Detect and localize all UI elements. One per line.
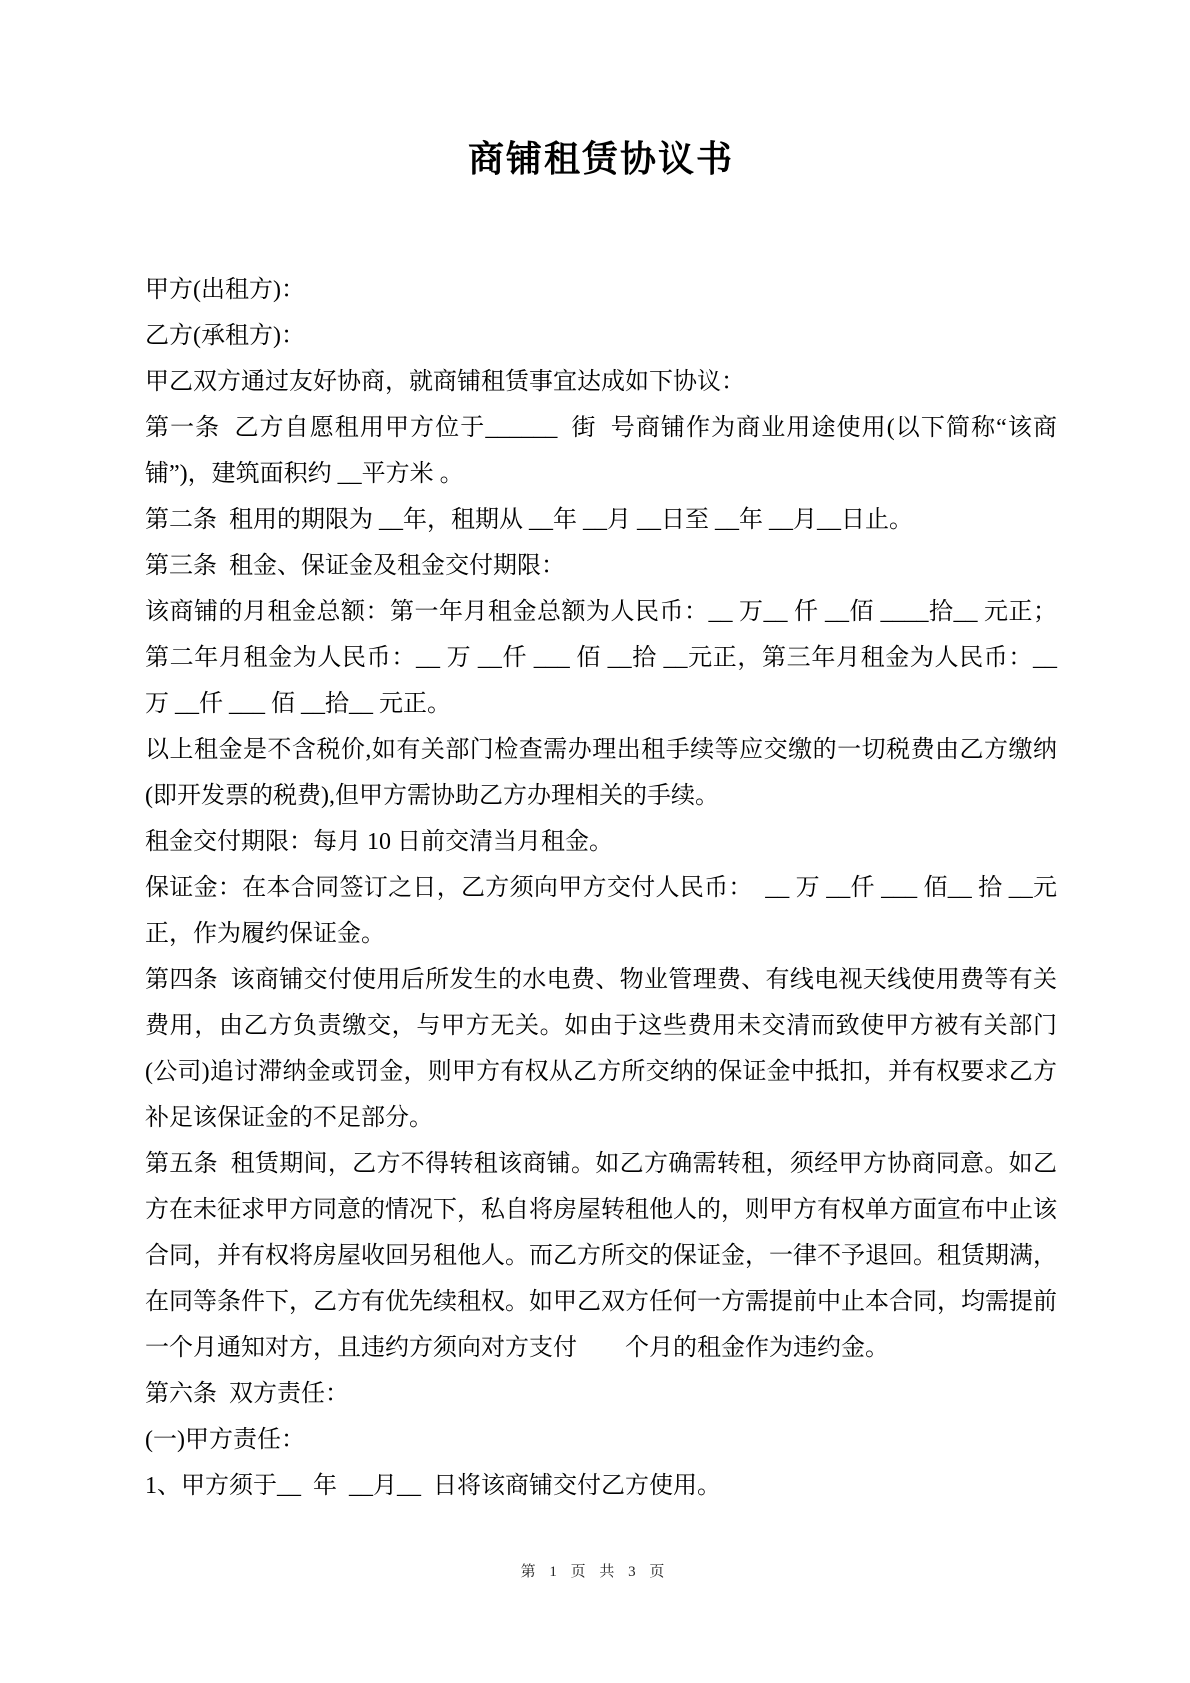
- rent-payment-deadline-clause: 租金交付期限：每月 10 日前交清当月租金。: [145, 819, 1057, 865]
- article-4-clause: 第四条 该商铺交付使用后所发生的水电费、物业管理费、有线电视天线使用费等有关费用…: [145, 957, 1057, 1141]
- article-6-heading: 第六条 双方责任：: [145, 1371, 1057, 1417]
- article-1-clause: 第一条 乙方自愿租用甲方位于______ 街 号商铺作为商业用途使用(以下简称“…: [145, 405, 1057, 497]
- article-3-heading: 第三条 租金、保证金及租金交付期限：: [145, 543, 1057, 589]
- party-a-responsibility-item-1: 1、甲方须于__ 年 __月__ 日将该商铺交付乙方使用。: [145, 1463, 1057, 1509]
- preamble-line: 甲乙双方通过友好协商，就商铺租赁事宜达成如下协议：: [145, 359, 1057, 405]
- tax-clause: 以上租金是不含税价,如有关部门检查需办理出租手续等应交缴的一切税费由乙方缴纳(即…: [145, 727, 1057, 819]
- party-a-responsibility-heading: (一)甲方责任：: [145, 1417, 1057, 1463]
- party-b-line: 乙方(承租方)：: [145, 313, 1057, 359]
- party-a-line: 甲方(出租方)：: [145, 267, 1057, 313]
- rent-amounts-clause: 该商铺的月租金总额：第一年月租金总额为人民币：__ 万__ 仟 __佰 ____…: [145, 589, 1057, 727]
- document-title: 商铺租赁协议书: [145, 138, 1057, 181]
- article-2-clause: 第二条 租用的期限为 __年，租期从 __年 __月 __日至 __年 __月_…: [145, 497, 1057, 543]
- deposit-clause: 保证金：在本合同签订之日，乙方须向甲方交付人民币： __ 万 __仟 ___ 佰…: [145, 865, 1057, 957]
- page-number-footer: 第 1 页 共 3 页: [0, 1560, 1190, 1581]
- article-5-clause: 第五条 租赁期间，乙方不得转租该商铺。如乙方确需转租，须经甲方协商同意。如乙方在…: [145, 1141, 1057, 1371]
- contract-content: 商铺租赁协议书 甲方(出租方)： 乙方(承租方)： 甲乙双方通过友好协商，就商铺…: [0, 0, 1190, 1509]
- contract-page: 商铺租赁协议书 甲方(出租方)： 乙方(承租方)： 甲乙双方通过友好协商，就商铺…: [0, 0, 1190, 1683]
